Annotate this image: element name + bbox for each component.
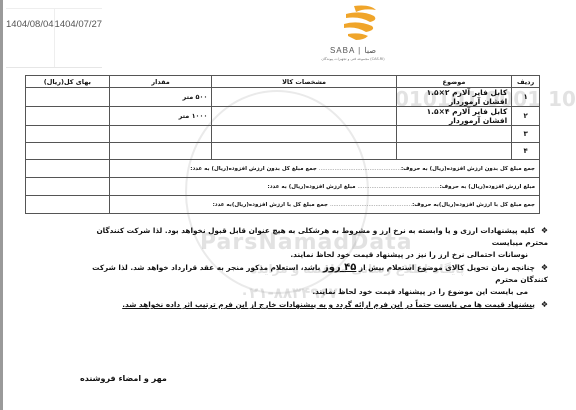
row-spec[interactable] — [212, 126, 396, 143]
bullet-icon: ❖ — [541, 226, 548, 235]
bullet-icon: ❖ — [541, 300, 548, 309]
row-total[interactable] — [26, 126, 110, 143]
table-row: ۲ کابل فایر آلارم ۴×۱.۵ افشان آرموردار ۱… — [26, 107, 540, 126]
vat-value[interactable] — [26, 178, 110, 196]
saba-logo: SABA | صبا مجموعه فنی و تجهیزات پیوندگان… — [318, 2, 388, 66]
row-subject: کابل فایر آلارم ۲×۱.۵ افشان آرموردار — [396, 88, 511, 107]
seller-signature-label: مهر و امضاء فروشنده — [80, 374, 167, 383]
logo-subtitle: مجموعه فنی و تجهیزات پیوندگان (CAS.RI) — [318, 57, 388, 61]
row-qty — [109, 143, 212, 160]
summary-row-subtotal: جمع مبلغ کل بدون ارزش افزوده(ریال) به حر… — [26, 160, 540, 178]
header-row-number: ردیف — [512, 76, 540, 88]
note-delivery: ❖چنانچه زمان تحویل کالای موضوع استعلام ب… — [78, 262, 548, 298]
row-spec[interactable] — [212, 88, 396, 107]
header-qty: مقدار — [109, 76, 212, 88]
header-total: بهای کل(ریال) — [26, 76, 110, 88]
row-subject: کابل فایر آلارم ۴×۱.۵ افشان آرموردار — [396, 107, 511, 126]
bullet-icon: ❖ — [541, 263, 548, 272]
row-total[interactable] — [26, 107, 110, 126]
row-number: ۱ — [512, 88, 540, 107]
page-left-border — [0, 0, 3, 410]
table-row: ۳ — [26, 126, 540, 143]
delivery-days: ۴۵ روز — [323, 262, 356, 273]
terms-notes: ❖کلیه پیشنهادات ارزی و یا وابسته به نرخ … — [78, 225, 548, 312]
row-spec[interactable] — [212, 107, 396, 126]
row-number: ۳ — [512, 126, 540, 143]
row-qty: ۱۰۰۰ متر — [109, 107, 212, 126]
table-row: ۴ — [26, 143, 540, 160]
summary-row-grand-total: جمع مبلغ کل با ارزش افزوده(ریال)به حروف:… — [26, 196, 540, 214]
header-subject: موضوع — [396, 76, 511, 88]
table-row: ۱ کابل فایر آلارم ۲×۱.۵ افشان آرموردار ۵… — [26, 88, 540, 107]
table-header-row: ردیف موضوع مشخصات کالا مقدار بهای کل(ریا… — [26, 76, 540, 88]
saba-logo-icon — [318, 2, 388, 46]
grand-total-value[interactable] — [26, 196, 110, 214]
date-box: 1404/08/04 1404/07/27 — [6, 8, 102, 68]
row-subject — [396, 143, 511, 160]
grand-total-label: جمع مبلغ کل با ارزش افزوده(ریال)به حروف:… — [109, 196, 539, 214]
date-start: 1404/07/27 — [54, 9, 103, 67]
row-qty — [109, 126, 212, 143]
row-qty: ۵۰۰ متر — [109, 88, 212, 107]
row-number: ۲ — [512, 107, 540, 126]
row-total[interactable] — [26, 143, 110, 160]
note-currency: ❖کلیه پیشنهادات ارزی و یا وابسته به نرخ … — [78, 225, 548, 261]
note-form-requirement: ❖پیشنهاد قیمت ها می بایست حتماً در این ف… — [78, 299, 548, 311]
row-number: ۴ — [512, 143, 540, 160]
price-quote-table: ردیف موضوع مشخصات کالا مقدار بهای کل(ریا… — [25, 75, 540, 214]
row-spec[interactable] — [212, 143, 396, 160]
header-spec: مشخصات کالا — [212, 76, 396, 88]
row-subject — [396, 126, 511, 143]
logo-wordmark: SABA | صبا — [318, 46, 388, 55]
subtotal-value[interactable] — [26, 160, 110, 178]
date-end: 1404/08/04 — [6, 9, 54, 67]
summary-row-vat: مبلغ ارزش افزوده(ریال) به حروف:.........… — [26, 178, 540, 196]
row-total[interactable] — [26, 88, 110, 107]
subtotal-label: جمع مبلغ کل بدون ارزش افزوده(ریال) به حر… — [109, 160, 539, 178]
vat-label: مبلغ ارزش افزوده(ریال) به حروف:.........… — [109, 178, 539, 196]
